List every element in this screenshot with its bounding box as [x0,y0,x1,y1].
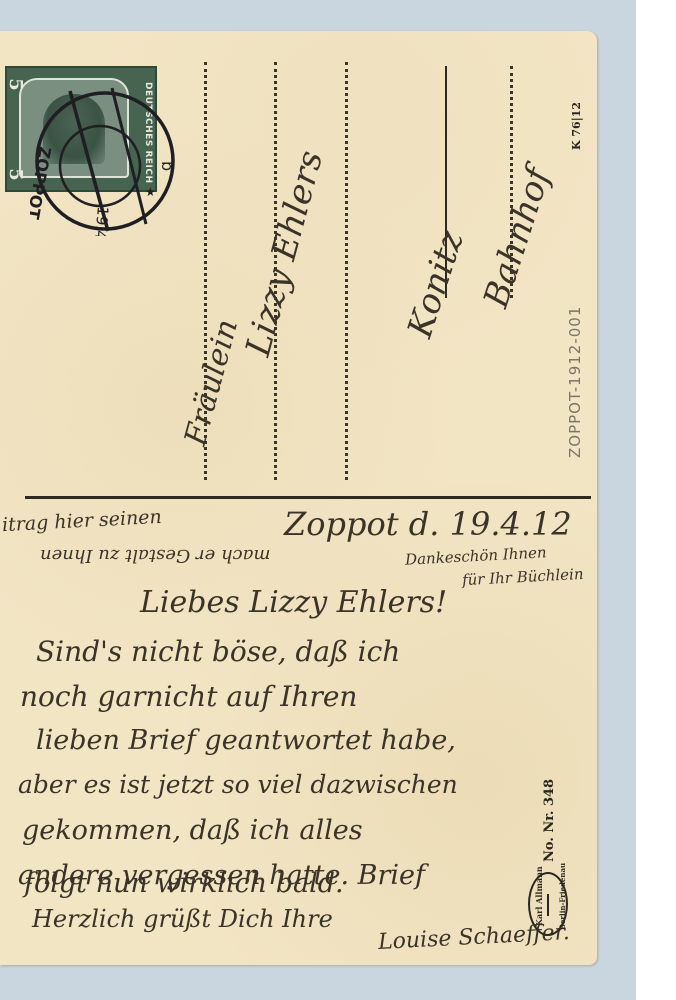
postmark-star: ★ [145,185,156,199]
postmark-town: ZOPPOT [30,145,55,220]
publisher-name: Karl Allmann [534,866,544,926]
pencil-inventory-note: ZOPPOT-1912-001 [566,306,584,458]
publisher-logo: Karl Allmann Berlin-Friedenau [528,872,568,936]
message-place-date: Zoppot d. 19.4.12 [284,505,572,543]
stamp-value-top: 5 [5,78,26,91]
postmark-letter: b [158,161,177,171]
message-line: folgt nun wirklich bald. [24,868,344,899]
message-line: lieben Brief geantwortet habe, [36,725,456,756]
series-number: No. Nr. 348 [542,779,557,862]
message-line: aber es ist jetzt so viel dazwischen [18,770,458,799]
card-code: K 76|12 [570,102,583,150]
message-line: noch garnicht auf Ihren [20,680,357,713]
card-divider [25,496,591,499]
message-upside-down-line: mach er Gestalt zu Ihnen [40,545,270,566]
message-line: Sind's nicht böse, daß ich [36,635,400,668]
message-line: Herzlich grüßt Dich Ihre [32,905,333,933]
stamp-value-bottom: 5 [5,168,26,181]
postmark-icon: b ★ ZOPPOT 19.4.12 [30,86,180,236]
publisher-city: Berlin-Friedenau [558,863,567,930]
postmark-date: 19.4.12 [89,206,112,236]
publisher-emblem-icon [547,894,549,916]
message-line: gekommen, daß ich alles [22,815,363,846]
message-greeting: Liebes Lizzy Ehlers! [140,585,447,620]
address-line-3 [345,62,348,480]
